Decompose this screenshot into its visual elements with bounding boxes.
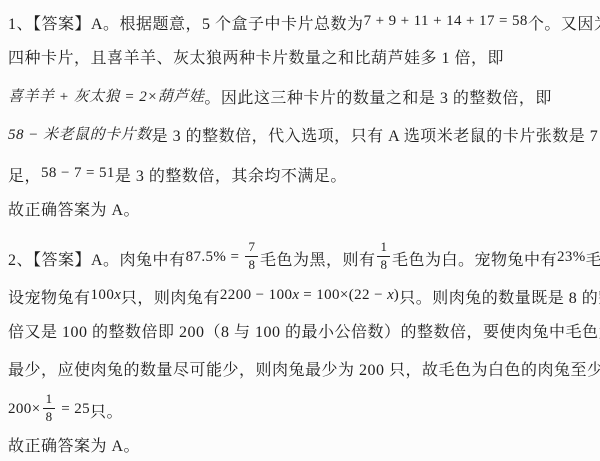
text-run: 个。又因为总共 [528, 16, 600, 33]
math-run: = 25 [57, 401, 90, 417]
text-run: 设宠物兔有 [8, 290, 91, 307]
text-run: 是 3 的整数倍，其余均不满足。 [115, 168, 347, 185]
answer-block-2: 2、【答案】A。肉兔中有87.5% = 78毛色为黑，则有18毛色为白。宠物兔中… [8, 238, 592, 461]
math-run: 58 − 米老鼠的卡片数 [8, 127, 152, 143]
math-run: 7 + 9 + 11 + 14 + 17 = 58 [364, 13, 528, 29]
text-run: 是 3 的整数倍，代入选项，只有 A 选项米老鼠的卡片张数是 7 的时候满 [152, 128, 600, 145]
text-line: 故正确答案为 A。 [8, 192, 592, 230]
text-line: 1、【答案】A。根据题意，5 个盒子中卡片总数为7 + 9 + 11 + 14 … [8, 2, 592, 40]
math-run: 200× [8, 401, 41, 417]
text-run: 只。则肉兔的数量既是 8 的整数 [399, 290, 600, 307]
text-run: 故正确答案为 A。 [8, 202, 140, 219]
text-run: 。因此这三种卡片的数量之和是 3 的整数倍，即 [204, 90, 552, 107]
text-line: 四种卡片，且喜羊羊、灰太狼两种卡片数量之和比葫芦娃多 1 倍，即 [8, 40, 592, 78]
text-run: 四种卡片，且喜羊羊、灰太狼两种卡片数量之和比葫芦娃多 1 倍，即 [8, 50, 504, 67]
fraction-numerator: 1 [43, 392, 56, 409]
text-line: 最少，应使肉兔的数量尽可能少，则肉兔最少为 200 只，故毛色为白色的肉兔至少为 [8, 352, 592, 390]
fraction: 78 [245, 240, 258, 273]
fraction-denominator: 8 [377, 257, 390, 273]
math-run: = 100×(22 − [299, 287, 387, 303]
text-line: 200×18 = 25只。 [8, 390, 592, 428]
text-line: 2、【答案】A。肉兔中有87.5% = 78毛色为黑，则有18毛色为白。宠物兔中… [8, 238, 592, 276]
math-run: x [114, 287, 121, 303]
text-run: 1、【答案】A。根据题意，5 个盒子中卡片总数为 [8, 16, 364, 33]
text-run: 只。 [90, 404, 123, 421]
fraction: 18 [43, 392, 56, 425]
math-run: 100 [91, 287, 115, 303]
text-run: 倍又是 100 的整数倍即 200（8 与 100 的最小公倍数）的整数倍，要使… [8, 324, 600, 341]
text-run: 足， [8, 168, 41, 185]
text-run: 2、【答案】A。肉兔中有 [8, 252, 186, 269]
text-run: 故正确答案为 A。 [8, 438, 140, 455]
text-line: 足，58 − 7 = 51是 3 的整数倍，其余均不满足。 [8, 154, 592, 192]
math-run: x [387, 287, 394, 303]
text-line: 倍又是 100 的整数倍即 200（8 与 100 的最小公倍数）的整数倍，要使… [8, 314, 592, 352]
text-line: 设宠物兔有100x只，则肉兔有2200 − 100x = 100×(22 − x… [8, 276, 592, 314]
fraction-denominator: 8 [245, 257, 258, 273]
text-run: 只，则肉兔有 [121, 290, 220, 307]
math-run: 23% [557, 249, 586, 265]
fraction-numerator: 7 [245, 240, 258, 257]
fraction-numerator: 1 [377, 240, 390, 257]
math-run: 87.5% = [186, 249, 244, 265]
text-run: 毛色为白。宠物兔中有 [392, 252, 557, 269]
math-run: 喜羊羊 + 灰太狼 = 2×葫芦娃 [8, 89, 204, 105]
text-run: 毛色为白。 [586, 252, 600, 269]
text-line: 喜羊羊 + 灰太狼 = 2×葫芦娃。因此这三种卡片的数量之和是 3 的整数倍，即 [8, 78, 592, 116]
text-line: 故正确答案为 A。 [8, 428, 592, 461]
answer-block-1: 1、【答案】A。根据题意，5 个盒子中卡片总数为7 + 9 + 11 + 14 … [8, 2, 592, 230]
text-line: 58 − 米老鼠的卡片数是 3 的整数倍，代入选项，只有 A 选项米老鼠的卡片张… [8, 116, 592, 154]
fraction: 18 [377, 240, 390, 273]
text-run: 毛色为黑，则有 [260, 252, 376, 269]
math-run: 2200 − 100 [220, 287, 292, 303]
math-run: 58 − 7 = 51 [41, 165, 115, 181]
text-run: 最少，应使肉兔的数量尽可能少，则肉兔最少为 200 只，故毛色为白色的肉兔至少为 [8, 362, 600, 379]
solution-document: 1、【答案】A。根据题意，5 个盒子中卡片总数为7 + 9 + 11 + 14 … [0, 0, 600, 461]
fraction-denominator: 8 [43, 409, 56, 425]
